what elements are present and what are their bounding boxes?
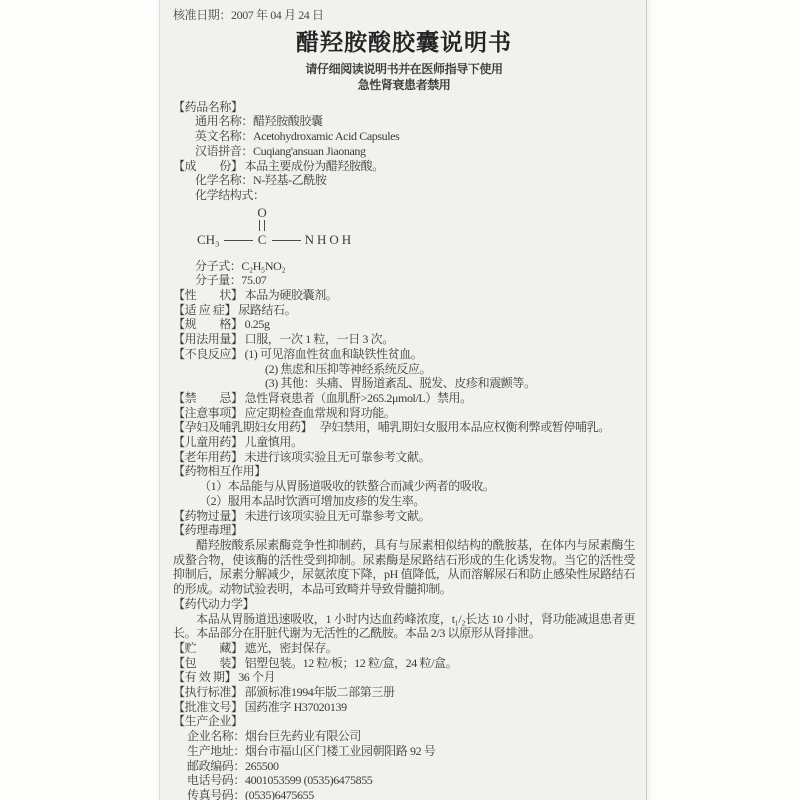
- double-bond: [259, 220, 265, 231]
- section-text: 化学名称：N-羟基-乙酰胺: [195, 173, 326, 187]
- field-chemical-name: 化学名称：N-羟基-乙酰胺: [173, 173, 635, 188]
- section-description: 【性 状】本品为硬胶囊剂。: [173, 288, 635, 303]
- section-geriatric-use: 【老年用药】未进行该项实验且无可靠参考文献。: [173, 450, 635, 465]
- section-approval-number: 【批准文号】国药准字 H37020139: [173, 700, 635, 715]
- section-label: 【药代动力学】: [173, 597, 254, 611]
- section-pediatric-use: 【儿童用药】儿童慎用。: [173, 435, 635, 450]
- document-title: 醋羟胺酸胶囊说明书: [173, 30, 635, 56]
- section-text: 本品主要成份为醋羟胺酸。: [245, 159, 384, 173]
- section-text: 本品从胃肠道迅速吸收，1 小时内达血药峰浓度，t₁/₂长达 10 小时，肾功能减…: [173, 612, 635, 641]
- section-label: 【药物过量】: [173, 509, 243, 523]
- section-text: 应定期检查血常规和肾功能。: [245, 406, 396, 420]
- field-english-name: 英文名称：Acetohydroxamic Acid Capsules: [173, 129, 635, 144]
- section-pharmacokinetics: 【药代动力学】: [173, 597, 635, 612]
- section-adverse-reactions: 【不良反应】(1) 可见溶血性贫血和缺铁性贫血。: [173, 347, 635, 362]
- section-text: 电话号码：4001053599 (0535)6475855: [187, 773, 372, 787]
- package-insert-page: 核准日期：2007 年 04 月 24 日 醋羟胺酸胶囊说明书 请仔细阅读说明书…: [159, 0, 647, 800]
- section-text: 传真号码：(0535)6475655: [187, 788, 314, 800]
- oxygen-atom: O: [257, 206, 266, 219]
- section-text: 遮光，密封保存。: [245, 641, 338, 655]
- section-text: 急性肾衰患者（血肌酐>265.2μmol/L）禁用。: [245, 391, 472, 405]
- section-drug-interactions: 【药物相互作用】: [173, 464, 635, 479]
- section-storage: 【贮 藏】遮光，密封保存。: [173, 641, 635, 656]
- section-pregnancy-lactation: 【孕妇及哺乳期妇女用药】 孕妇禁用，哺乳期妇女服用本品应权衡利弊或暂停哺乳。: [173, 420, 635, 435]
- section-label: 【用法用量】: [173, 332, 243, 346]
- section-shelf-life: 【有 效 期】36 个月: [173, 670, 635, 685]
- section-text: 口服，一次 1 粒，一日 3 次。: [245, 332, 394, 346]
- section-label: 【生产企业】: [173, 714, 243, 728]
- field-generic-name: 通用名称：醋羟胺酸胶囊: [173, 114, 635, 129]
- section-precautions: 【注意事项】应定期检查血常规和肾功能。: [173, 406, 635, 421]
- interaction-1: （1）本品能与从胃肠道吸收的铁螯合而减少两者的吸收。: [173, 479, 635, 494]
- section-label: 【贮 藏】: [173, 641, 243, 655]
- single-bond: [224, 240, 253, 241]
- chemical-structure: CH₃OCNHOH: [173, 206, 635, 250]
- section-text: （2）服用本品时饮酒可增加皮疹的发生率。: [199, 494, 425, 508]
- section-text: 生产地址：烟台市福山区门楼工业园朝阳路 92 号: [187, 744, 435, 758]
- section-text: 通用名称：醋羟胺酸胶囊: [195, 114, 323, 128]
- section-text: 未进行该项实验且无可靠参考文献。: [245, 509, 431, 523]
- section-label: 【适 应 症】: [173, 303, 236, 317]
- field-pinyin: 汉语拼音：Cuqiang'ansuan Jiaonang: [173, 144, 635, 159]
- pharmacology-paragraph: 醋羟胺酸系尿素酶竞争性抑制药，具有与尿素相似结构的酰胺基，在体内与尿素酶生成螯合…: [173, 538, 635, 597]
- section-packaging: 【包 装】铝塑包装。12 粒/板；12 粒/盒，24 粒/盒。: [173, 656, 635, 671]
- carbon-atom: C: [258, 232, 267, 247]
- section-standard: 【执行标准】部颁标准1994年版二部第三册: [173, 685, 635, 700]
- field-phone: 电话号码：4001053599 (0535)6475855: [173, 773, 635, 788]
- read-carefully-note: 请仔细阅读说明书并在医师指导下使用: [173, 61, 635, 77]
- section-label: 【规 格】: [173, 317, 243, 331]
- section-text: （1）本品能与从胃肠道吸收的铁螯合而减少两者的吸收。: [199, 479, 495, 493]
- section-text: (2) 焦虑和压抑等神经系统反应。: [265, 362, 431, 376]
- field-company-address: 生产地址：烟台市福山区门楼工业园朝阳路 92 号: [173, 744, 635, 759]
- document-body: 【药品名称】通用名称：醋羟胺酸胶囊英文名称：Acetohydroxamic Ac…: [173, 100, 635, 800]
- section-label: 【成 份】: [173, 159, 243, 173]
- approval-date: 核准日期：2007 年 04 月 24 日: [173, 0, 635, 23]
- section-drug-name: 【药品名称】: [173, 100, 635, 115]
- section-text: 分子量：75.07: [195, 273, 266, 287]
- section-label: 【孕妇及哺乳期妇女用药】: [173, 420, 306, 434]
- section-text: 本品为硬胶囊剂。: [245, 288, 338, 302]
- section-label: 【不良反应】: [173, 347, 243, 361]
- field-fax: 传真号码：(0535)6475655: [173, 788, 635, 800]
- section-label: 【药理毒理】: [173, 523, 243, 537]
- section-text: 国药准字 H37020139: [245, 700, 347, 714]
- section-label: 【批准文号】: [173, 700, 243, 714]
- field-molecular-weight: 分子量：75.07: [173, 273, 635, 288]
- section-label: 【注意事项】: [173, 406, 243, 420]
- section-label: 【药品名称】: [173, 100, 243, 114]
- adverse-reaction-3: (3) 其他：头痛、胃肠道紊乱、脱发、皮疹和震颤等。: [173, 376, 635, 391]
- section-text: 0.25g: [245, 317, 270, 331]
- pharmacokinetics-paragraph: 本品从胃肠道迅速吸收，1 小时内达血药峰浓度，t₁/₂长达 10 小时，肾功能减…: [173, 612, 635, 641]
- section-overdose: 【药物过量】未进行该项实验且无可靠参考文献。: [173, 509, 635, 524]
- section-pharmacology-toxicology: 【药理毒理】: [173, 523, 635, 538]
- methyl-group: CH₃: [197, 233, 220, 248]
- section-text: 铝塑包装。12 粒/板；12 粒/盒，24 粒/盒。: [245, 656, 458, 670]
- section-label: 【禁 忌】: [173, 391, 243, 405]
- section-label: 【性 状】: [173, 288, 243, 302]
- renal-failure-warning: 急性肾衰患者禁用: [173, 77, 635, 93]
- section-text: 企业名称：烟台巨先药业有限公司: [187, 729, 361, 743]
- section-text: 英文名称：Acetohydroxamic Acid Capsules: [195, 129, 399, 143]
- section-composition: 【成 份】本品主要成份为醋羟胺酸。: [173, 159, 635, 174]
- single-bond: [272, 240, 301, 241]
- section-text: 部颁标准1994年版二部第三册: [245, 685, 395, 699]
- section-text: 儿童慎用。: [245, 435, 303, 449]
- field-postcode: 邮政编码：265500: [173, 759, 635, 774]
- section-text: 分子式：C₂H₅NO₂: [195, 259, 285, 273]
- section-indications: 【适 应 症】尿路结石。: [173, 303, 635, 318]
- field-structure-caption: 化学结构式：: [173, 188, 635, 203]
- section-text: 36 个月: [238, 670, 275, 684]
- section-label: 【有 效 期】: [173, 670, 236, 684]
- section-label: 【药物相互作用】: [173, 464, 266, 478]
- section-label: 【包 装】: [173, 656, 243, 670]
- section-label: 【老年用药】: [173, 450, 243, 464]
- carbonyl-carbon: OC: [257, 233, 268, 248]
- adverse-reaction-2: (2) 焦虑和压抑等神经系统反应。: [173, 362, 635, 377]
- section-contraindications: 【禁 忌】急性肾衰患者（血肌酐>265.2μmol/L）禁用。: [173, 391, 635, 406]
- photo-background: 核准日期：2007 年 04 月 24 日 醋羟胺酸胶囊说明书 请仔细阅读说明书…: [0, 0, 800, 800]
- hydroxylamine-group: NHOH: [305, 233, 355, 248]
- section-text: 化学结构式：: [195, 188, 265, 202]
- section-text: 尿路结石。: [238, 303, 296, 317]
- field-company-name: 企业名称：烟台巨先药业有限公司: [173, 729, 635, 744]
- section-text: 孕妇禁用，哺乳期妇女服用本品应权衡利弊或暂停哺乳。: [308, 420, 610, 434]
- section-text: (1) 可见溶血性贫血和缺铁性贫血。: [245, 347, 423, 361]
- section-manufacturer: 【生产企业】: [173, 714, 635, 729]
- section-text: 未进行该项实验且无可靠参考文献。: [245, 450, 431, 464]
- interaction-2: （2）服用本品时饮酒可增加皮疹的发生率。: [173, 494, 635, 509]
- section-label: 【执行标准】: [173, 685, 243, 699]
- section-text: 汉语拼音：Cuqiang'ansuan Jiaonang: [195, 144, 366, 158]
- section-text: 邮政编码：265500: [187, 759, 279, 773]
- structure-main-chain: CH₃OCNHOH: [197, 232, 635, 250]
- section-dosage: 【用法用量】口服，一次 1 粒，一日 3 次。: [173, 332, 635, 347]
- section-label: 【儿童用药】: [173, 435, 243, 449]
- section-strength: 【规 格】0.25g: [173, 317, 635, 332]
- section-text: (3) 其他：头痛、胃肠道紊乱、脱发、皮疹和震颤等。: [265, 376, 536, 390]
- field-molecular-formula: 分子式：C₂H₅NO₂: [173, 259, 635, 274]
- section-text: 醋羟胺酸系尿素酶竞争性抑制药，具有与尿素相似结构的酰胺基，在体内与尿素酶生成螯合…: [173, 538, 635, 596]
